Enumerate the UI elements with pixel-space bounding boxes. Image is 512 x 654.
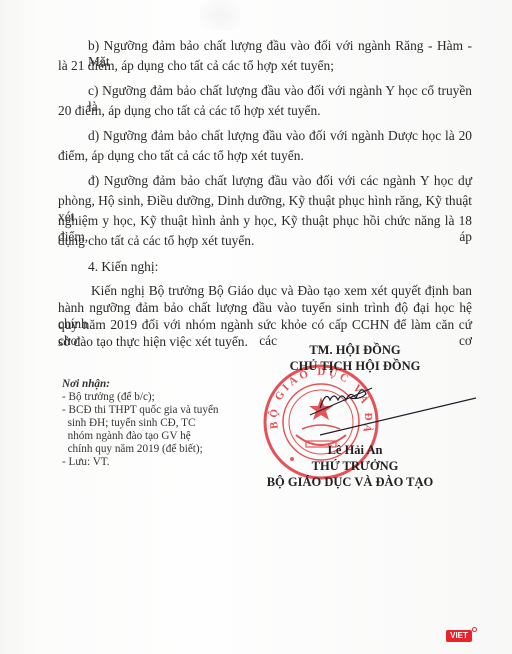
section-heading-kien-nghi: 4. Kiến nghị: bbox=[88, 259, 158, 275]
document-page: b) Ngưỡng đảm bảo chất lượng đầu vào đối… bbox=[0, 0, 512, 654]
paragraph-c-line-2: 20 điểm, áp dụng cho tất cả các tổ hợp x… bbox=[58, 103, 321, 119]
recipient-item: chính quy năm 2019 (để biết); bbox=[62, 443, 203, 456]
recommendation-line-1: Kiến nghị Bộ trưởng Bộ Giáo dục và Đào t… bbox=[91, 283, 472, 299]
scan-shadow bbox=[200, 0, 240, 30]
signature-line-tm-hoi-dong: TM. HỘI ĐỒNG bbox=[280, 343, 430, 358]
recipients-title: Nơi nhận: bbox=[62, 378, 110, 391]
signature-line-chu-tich: CHỦ TỊCH HỘI ĐỒNG bbox=[280, 359, 430, 374]
recipient-item: - BCĐ thi THPT quốc gia và tuyển bbox=[62, 404, 219, 417]
watermark-dot-icon bbox=[472, 627, 477, 632]
paragraph-dd-line-1: đ) Ngưỡng đảm bảo chất lượng đầu vào đối… bbox=[88, 173, 472, 189]
viet-watermark-logo: VIET bbox=[446, 630, 472, 642]
signer-position: THỨ TRƯỞNG bbox=[280, 459, 430, 474]
paragraph-d-line-1: d) Ngưỡng đảm bảo chất lượng đầu vào đối… bbox=[88, 128, 472, 144]
handwritten-signature bbox=[290, 370, 480, 440]
paragraph-dd-line-4: dụng cho tất cả các tổ hợp xét tuyển. bbox=[58, 233, 254, 249]
recommendation-line-4: sở đào tạo thực hiện việc xét tuyển. bbox=[58, 334, 248, 350]
recipient-item: sinh ĐH; tuyển sinh CĐ, TC bbox=[62, 417, 195, 430]
paragraph-d-line-2: điểm, áp dụng cho tất cả các tổ hợp xét … bbox=[58, 148, 304, 164]
signer-name: Lê Hải An bbox=[300, 443, 410, 458]
paragraph-b-line-2: là 21 điểm, áp dụng cho tất cả các tổ hợ… bbox=[58, 58, 334, 74]
recipient-item: - Lưu: VT. bbox=[62, 456, 110, 469]
recipient-item: nhóm ngành đào tạo GV hệ bbox=[62, 430, 191, 443]
signer-organization: BỘ GIÁO DỤC VÀ ĐÀO TẠO bbox=[250, 475, 450, 490]
recipient-item: - Bộ trưởng (để b/c); bbox=[62, 391, 155, 404]
